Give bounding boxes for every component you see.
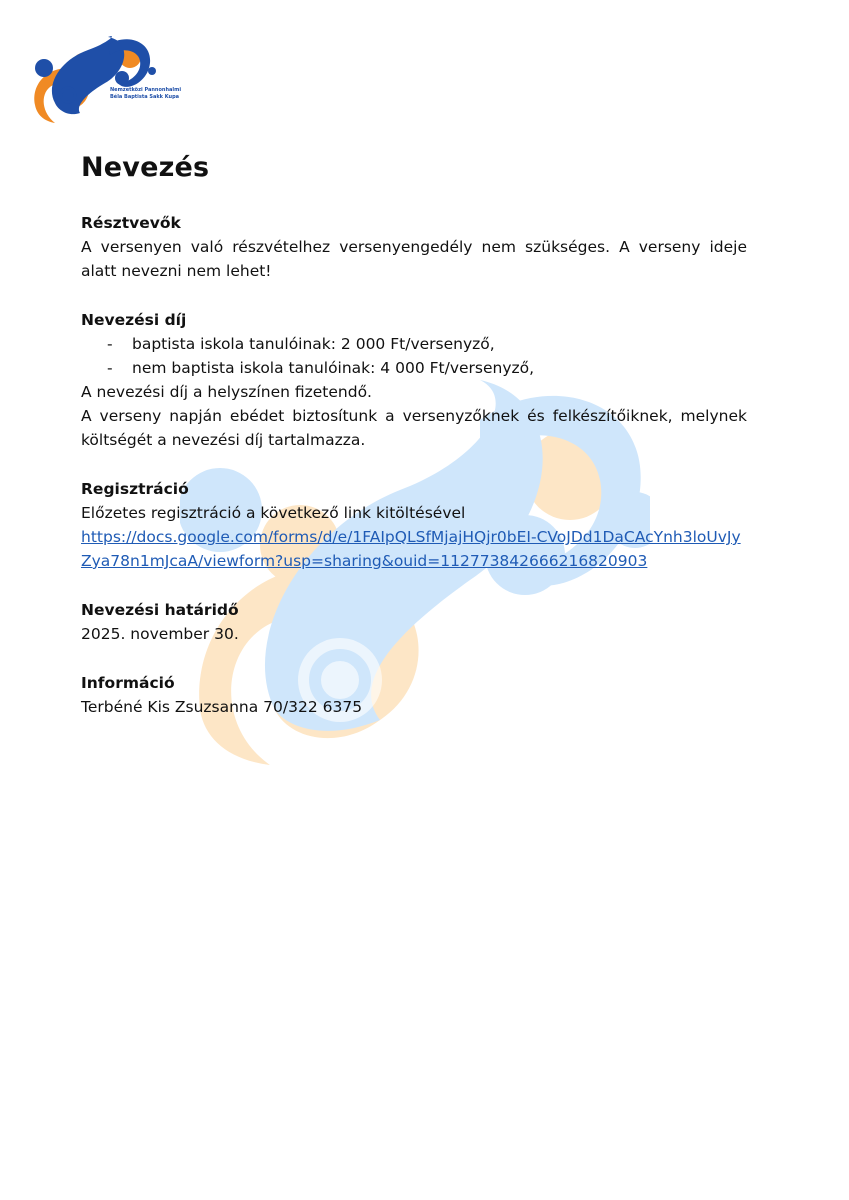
section-heading: Résztvevők (81, 212, 747, 235)
section-heading: Nevezési határidő (81, 599, 747, 622)
deadline-date: 2025. november 30. (81, 622, 747, 646)
tournament-logo: Nemzetközi Pannonhalmi Béla Baptista Sak… (30, 35, 170, 125)
contact-text: Terbéné Kis Zsuzsanna 70/322 6375 (81, 695, 747, 719)
document-page: Nemzetközi Pannonhalmi Béla Baptista Sak… (0, 0, 849, 1200)
list-item: -nem baptista iskola tanulóinak: 4 000 F… (81, 356, 747, 380)
section-info: Információ Terbéné Kis Zsuzsanna 70/322 … (81, 672, 747, 719)
bullet-dash: - (107, 356, 113, 380)
registration-form-link[interactable]: https://docs.google.com/forms/d/e/1FAIpQ… (81, 528, 741, 570)
section-heading: Regisztráció (81, 478, 747, 501)
fee-item-text: nem baptista iskola tanulóinak: 4 000 Ft… (132, 359, 534, 377)
participants-text: A versenyen való részvételhez versenyeng… (81, 235, 747, 283)
fee-note-lunch: A verseny napján ebédet biztosítunk a ve… (81, 404, 747, 452)
bullet-dash: - (107, 332, 113, 356)
registration-text: Előzetes regisztráció a következő link k… (81, 501, 747, 525)
logo-icon (30, 35, 170, 125)
page-title: Nevezés (81, 148, 747, 188)
list-item: -baptista iskola tanulóinak: 2 000 Ft/ve… (81, 332, 747, 356)
section-fee: Nevezési díj -baptista iskola tanulóinak… (81, 309, 747, 452)
section-registration: Regisztráció Előzetes regisztráció a köv… (81, 478, 747, 573)
fee-item-text: baptista iskola tanulóinak: 2 000 Ft/ver… (132, 335, 495, 353)
logo-text-line2: Béla Baptista Sakk Kupa (110, 94, 181, 101)
section-heading: Nevezési díj (81, 309, 747, 332)
fee-list: -baptista iskola tanulóinak: 2 000 Ft/ve… (81, 332, 747, 380)
logo-text: Nemzetközi Pannonhalmi Béla Baptista Sak… (110, 87, 181, 101)
fee-note-payment: A nevezési díj a helyszínen fizetendő. (81, 380, 747, 404)
section-participants: Résztvevők A versenyen való részvételhez… (81, 212, 747, 283)
section-heading: Információ (81, 672, 747, 695)
document-content: Nevezés Résztvevők A versenyen való rész… (81, 148, 747, 719)
logo-text-line1: Nemzetközi Pannonhalmi (110, 87, 181, 94)
section-deadline: Nevezési határidő 2025. november 30. (81, 599, 747, 646)
